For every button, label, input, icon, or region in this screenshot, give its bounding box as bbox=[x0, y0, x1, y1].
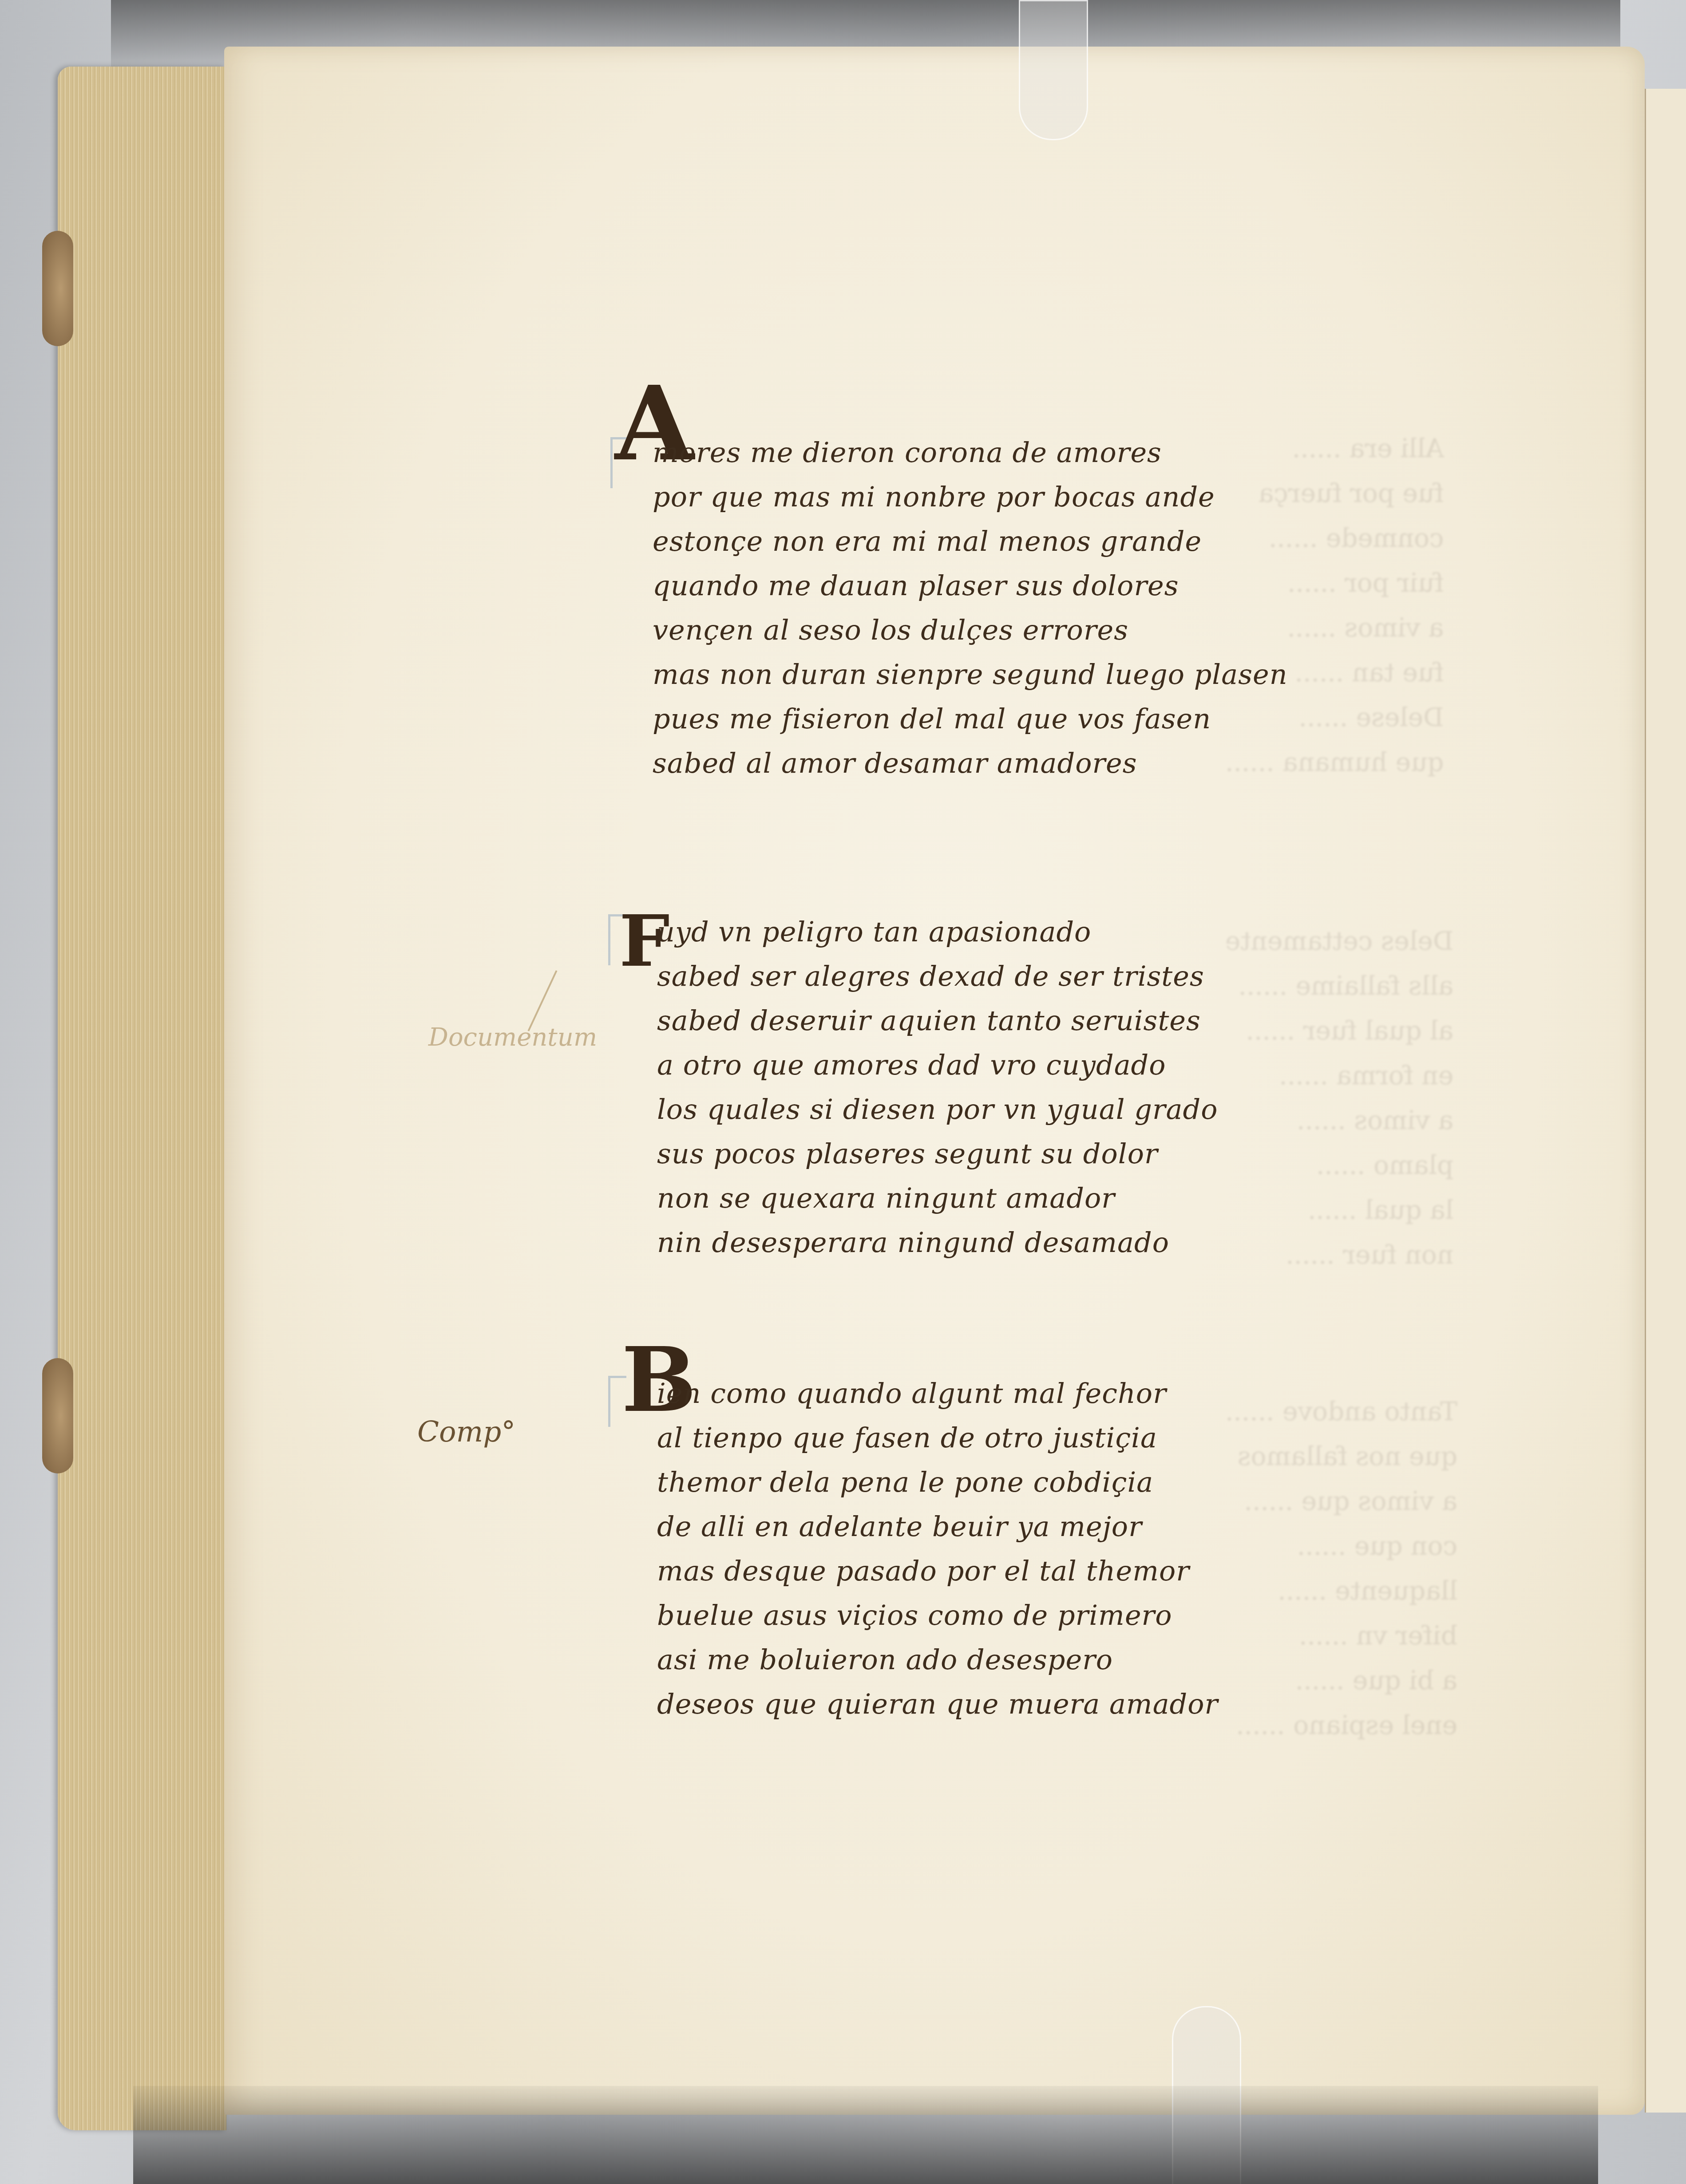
facing-page-edge bbox=[1645, 89, 1686, 2113]
margin-note-documentum: Documentum bbox=[428, 1023, 597, 1052]
clasp-upper bbox=[42, 231, 73, 346]
page-clip-top bbox=[1019, 0, 1088, 140]
verse-line: quando me dauan plaser sus dolores bbox=[653, 564, 1288, 608]
verse-line: sabed deseruir aquien tanto seruistes bbox=[657, 999, 1218, 1043]
verse-line: deseos que quieran que muera amador bbox=[657, 1682, 1218, 1726]
verse-line: estonçe non era mi mal menos grande bbox=[653, 519, 1288, 564]
verse-line: themor dela pena le pone cobdiçia bbox=[657, 1460, 1218, 1505]
margin-note-comp: Comp° bbox=[417, 1416, 515, 1449]
verse-line: de alli en adelante beuir ya mejor bbox=[657, 1505, 1218, 1549]
stanza-1: mores me dieron corona de amores por que… bbox=[653, 430, 1288, 786]
verse-line: non se quexara ningunt amador bbox=[657, 1176, 1218, 1220]
background-shadow-bottom bbox=[133, 2086, 1598, 2184]
verse-line: uyd vn peligro tan apasionado bbox=[657, 910, 1218, 954]
verse-line: al tienpo que fasen de otro justiçia bbox=[657, 1416, 1218, 1460]
verse-line: sus pocos plaseres segunt su dolor bbox=[657, 1132, 1218, 1176]
verse-line: ien como quando algunt mal fechor bbox=[657, 1371, 1218, 1416]
verse-line: buelue asus viçios como de primero bbox=[657, 1593, 1218, 1638]
verse-line: vençen al seso los dulçes errores bbox=[653, 608, 1288, 652]
bleed-through-text-3: Tanto andove ...... que nos fallamos a v… bbox=[1225, 1389, 1457, 1748]
verse-line: por que mas mi nonbre por bocas ande bbox=[653, 475, 1288, 519]
verse-line: asi me boluieron ado desespero bbox=[657, 1638, 1218, 1682]
verse-line: sabed ser alegres dexad de ser tristes bbox=[657, 954, 1218, 999]
stanza-3: ien como quando algunt mal fechor al tie… bbox=[657, 1371, 1218, 1726]
bleed-through-text-2: Deles cettamente alls fallaime ...... al… bbox=[1225, 919, 1453, 1277]
book-fore-edge bbox=[58, 67, 226, 2130]
clasp-lower bbox=[42, 1358, 73, 1473]
verse-line: mores me dieron corona de amores bbox=[653, 430, 1288, 475]
verse-line: pues me fisieron del mal que vos fasen bbox=[653, 697, 1288, 741]
verse-line: mas non duran sienpre segund luego plase… bbox=[653, 652, 1288, 697]
verse-line: los quales si diesen por vn ygual grado bbox=[657, 1087, 1218, 1132]
verse-line: a otro que amores dad vro cuydado bbox=[657, 1043, 1218, 1087]
verse-line: nin desesperara ningund desamado bbox=[657, 1220, 1218, 1265]
stanza-2: uyd vn peligro tan apasionado sabed ser … bbox=[657, 910, 1218, 1265]
verse-line: sabed al amor desamar amadores bbox=[653, 741, 1288, 786]
verse-line: mas desque pasado por el tal themor bbox=[657, 1549, 1218, 1593]
